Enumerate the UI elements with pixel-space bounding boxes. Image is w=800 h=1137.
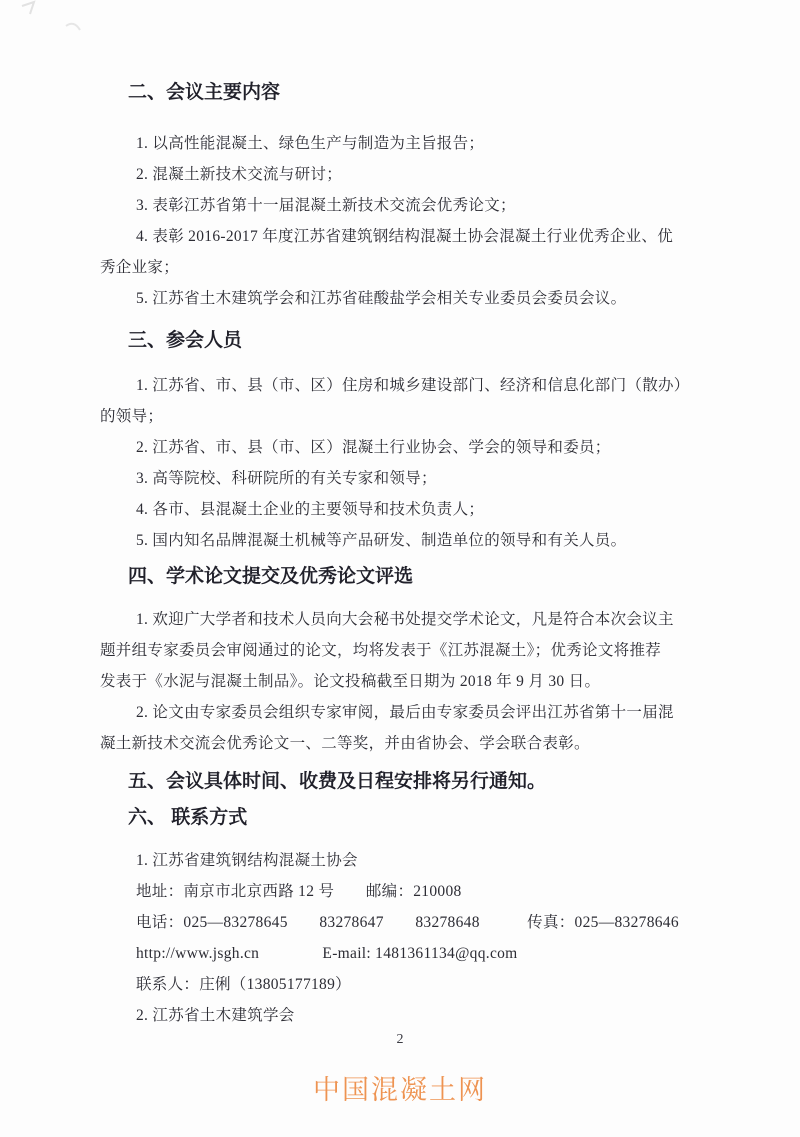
contact-address-line: 地址：南京市北京西路 12 号 邮编：210008 [100, 876, 700, 907]
contact-person-line: 联系人：庄俐（13805177189） [100, 969, 700, 1000]
list-item: 3. 高等院校、科研院所的有关专家和领导； [100, 463, 700, 494]
paragraph-line: 发表于《水泥与混凝土制品》。论文投稿截至日期为 2018 年 9 月 30 日。 [100, 666, 700, 697]
list-item: 1. 以高性能混凝土、绿色生产与制造为主旨报告； [100, 128, 700, 159]
document-page: 二、会议主要内容 1. 以高性能混凝土、绿色生产与制造为主旨报告； 2. 混凝土… [0, 0, 800, 1137]
list-item: 1. 江苏省、市、县（市、区）住房和城乡建设部门、经济和信息化部门（散办） [100, 370, 700, 401]
list-item: 4. 表彰 2016-2017 年度江苏省建筑钢结构混凝土协会混凝土行业优秀企业… [100, 221, 700, 252]
section-heading-main-content: 二、会议主要内容 [100, 80, 700, 106]
contact-web-email-line: http://www.jsgh.cn E-mail: 1481361134@qq… [100, 938, 700, 969]
document-content: 二、会议主要内容 1. 以高性能混凝土、绿色生产与制造为主旨报告； 2. 混凝土… [0, 0, 800, 1031]
list-item: 2. 江苏省、市、县（市、区）混凝土行业协会、学会的领导和委员； [100, 432, 700, 463]
list-item: 3. 表彰江苏省第十一届混凝土新技术交流会优秀论文； [100, 190, 700, 221]
section-heading-contact: 六、 联系方式 [100, 805, 700, 831]
contact-org-line: 2. 江苏省土木建筑学会 [100, 1000, 700, 1031]
watermark: 中国混凝土网 [0, 1068, 800, 1107]
list-item: 5. 国内知名品牌混凝土机械等产品研发、制造单位的领导和有关人员。 [100, 525, 700, 556]
page-number: 2 [0, 1032, 800, 1048]
section-heading-schedule-notice: 五、会议具体时间、收费及日程安排将另行通知。 [100, 769, 700, 795]
paragraph-line: 题并组专家委员会审阅通过的论文，均将发表于《江苏混凝土》；优秀论文将推荐 [100, 635, 700, 666]
contact-phone-line: 电话：025—83278645 83278647 83278648 传真：025… [100, 907, 700, 938]
scan-artifact-marks [0, 0, 140, 50]
list-item: 4. 各市、县混凝土企业的主要领导和技术负责人； [100, 494, 700, 525]
paragraph-line: 2. 论文由专家委员会组织专家审阅，最后由专家委员会评出江苏省第十一届混 [100, 697, 700, 728]
list-item: 2. 混凝土新技术交流与研讨； [100, 159, 700, 190]
section-heading-papers: 四、学术论文提交及优秀论文评选 [100, 564, 700, 590]
contact-org-line: 1. 江苏省建筑钢结构混凝土协会 [100, 845, 700, 876]
list-item: 5. 江苏省土木建筑学会和江苏省硅酸盐学会相关专业委员会委员会议。 [100, 283, 700, 314]
paragraph-line: 凝土新技术交流会优秀论文一、二等奖，并由省协会、学会联合表彰。 [100, 728, 700, 759]
list-item-continuation: 秀企业家； [100, 252, 700, 283]
list-item-continuation: 的领导； [100, 401, 700, 432]
section-heading-attendees: 三、参会人员 [100, 328, 700, 354]
paragraph-line: 1. 欢迎广大学者和技术人员向大会秘书处提交学术论文，凡是符合本次会议主 [100, 604, 700, 635]
